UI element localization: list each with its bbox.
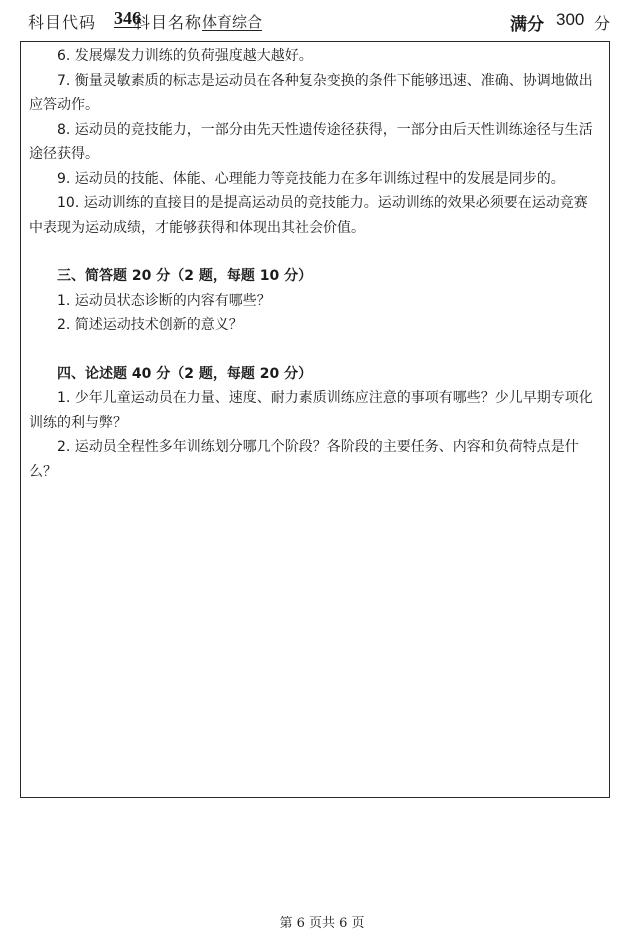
section3-title: 三、简答题 20 分（2 题，每题 10 分） — [29, 264, 601, 289]
section4-title: 四、论述题 40 分（2 题，每题 20 分） — [29, 362, 601, 387]
section4-question-1: 1. 少年儿童运动员在力量、速度、耐力素质训练应注意的事项有哪些？少儿早期专项化… — [29, 386, 601, 435]
subject-name-value: 体育综合 — [202, 11, 262, 32]
spacer — [29, 338, 601, 362]
judgment-item-8: 8. 运动员的竞技能力，一部分由先天性遗传途径获得，一部分由后天性训练途径与生活… — [29, 118, 601, 167]
exam-header: 科目代码 346 科目名称 体育综合 满分 300 分 — [0, 0, 644, 40]
section3-question-1: 1. 运动员状态诊断的内容有哪些？ — [29, 289, 601, 314]
spacer — [29, 240, 601, 264]
judgment-item-10: 10. 运动训练的直接目的是提高运动员的竞技能力。运动训练的效果必须要在运动竞赛… — [29, 191, 601, 240]
judgment-item-9: 9. 运动员的技能、体能、心理能力等竞技能力在多年训练过程中的发展是同步的。 — [29, 167, 601, 192]
section4-question-2: 2. 运动员全程性多年训练划分哪几个阶段？各阶段的主要任务、内容和负荷特点是什么… — [29, 435, 601, 484]
exam-content: 6. 发展爆发力训练的负荷强度越大越好。 7. 衡量灵敏素质的标志是运动员在各种… — [29, 44, 601, 484]
subject-name-label: 科目名称 — [134, 10, 202, 33]
exam-content-box: 6. 发展爆发力训练的负荷强度越大越好。 7. 衡量灵敏素质的标志是运动员在各种… — [20, 41, 610, 798]
page-footer: 第 6 页共 6 页 — [0, 912, 644, 931]
section3-question-2: 2. 简述运动技术创新的意义？ — [29, 313, 601, 338]
full-score-label: 满分 — [510, 10, 544, 35]
full-score-unit: 分 — [594, 11, 610, 34]
subject-code-label: 科目代码 — [28, 10, 96, 33]
full-score-value: 300 — [556, 10, 584, 30]
judgment-item-6: 6. 发展爆发力训练的负荷强度越大越好。 — [29, 44, 601, 69]
judgment-item-7: 7. 衡量灵敏素质的标志是运动员在各种复杂变换的条件下能够迅速、准确、协调地做出… — [29, 69, 601, 118]
